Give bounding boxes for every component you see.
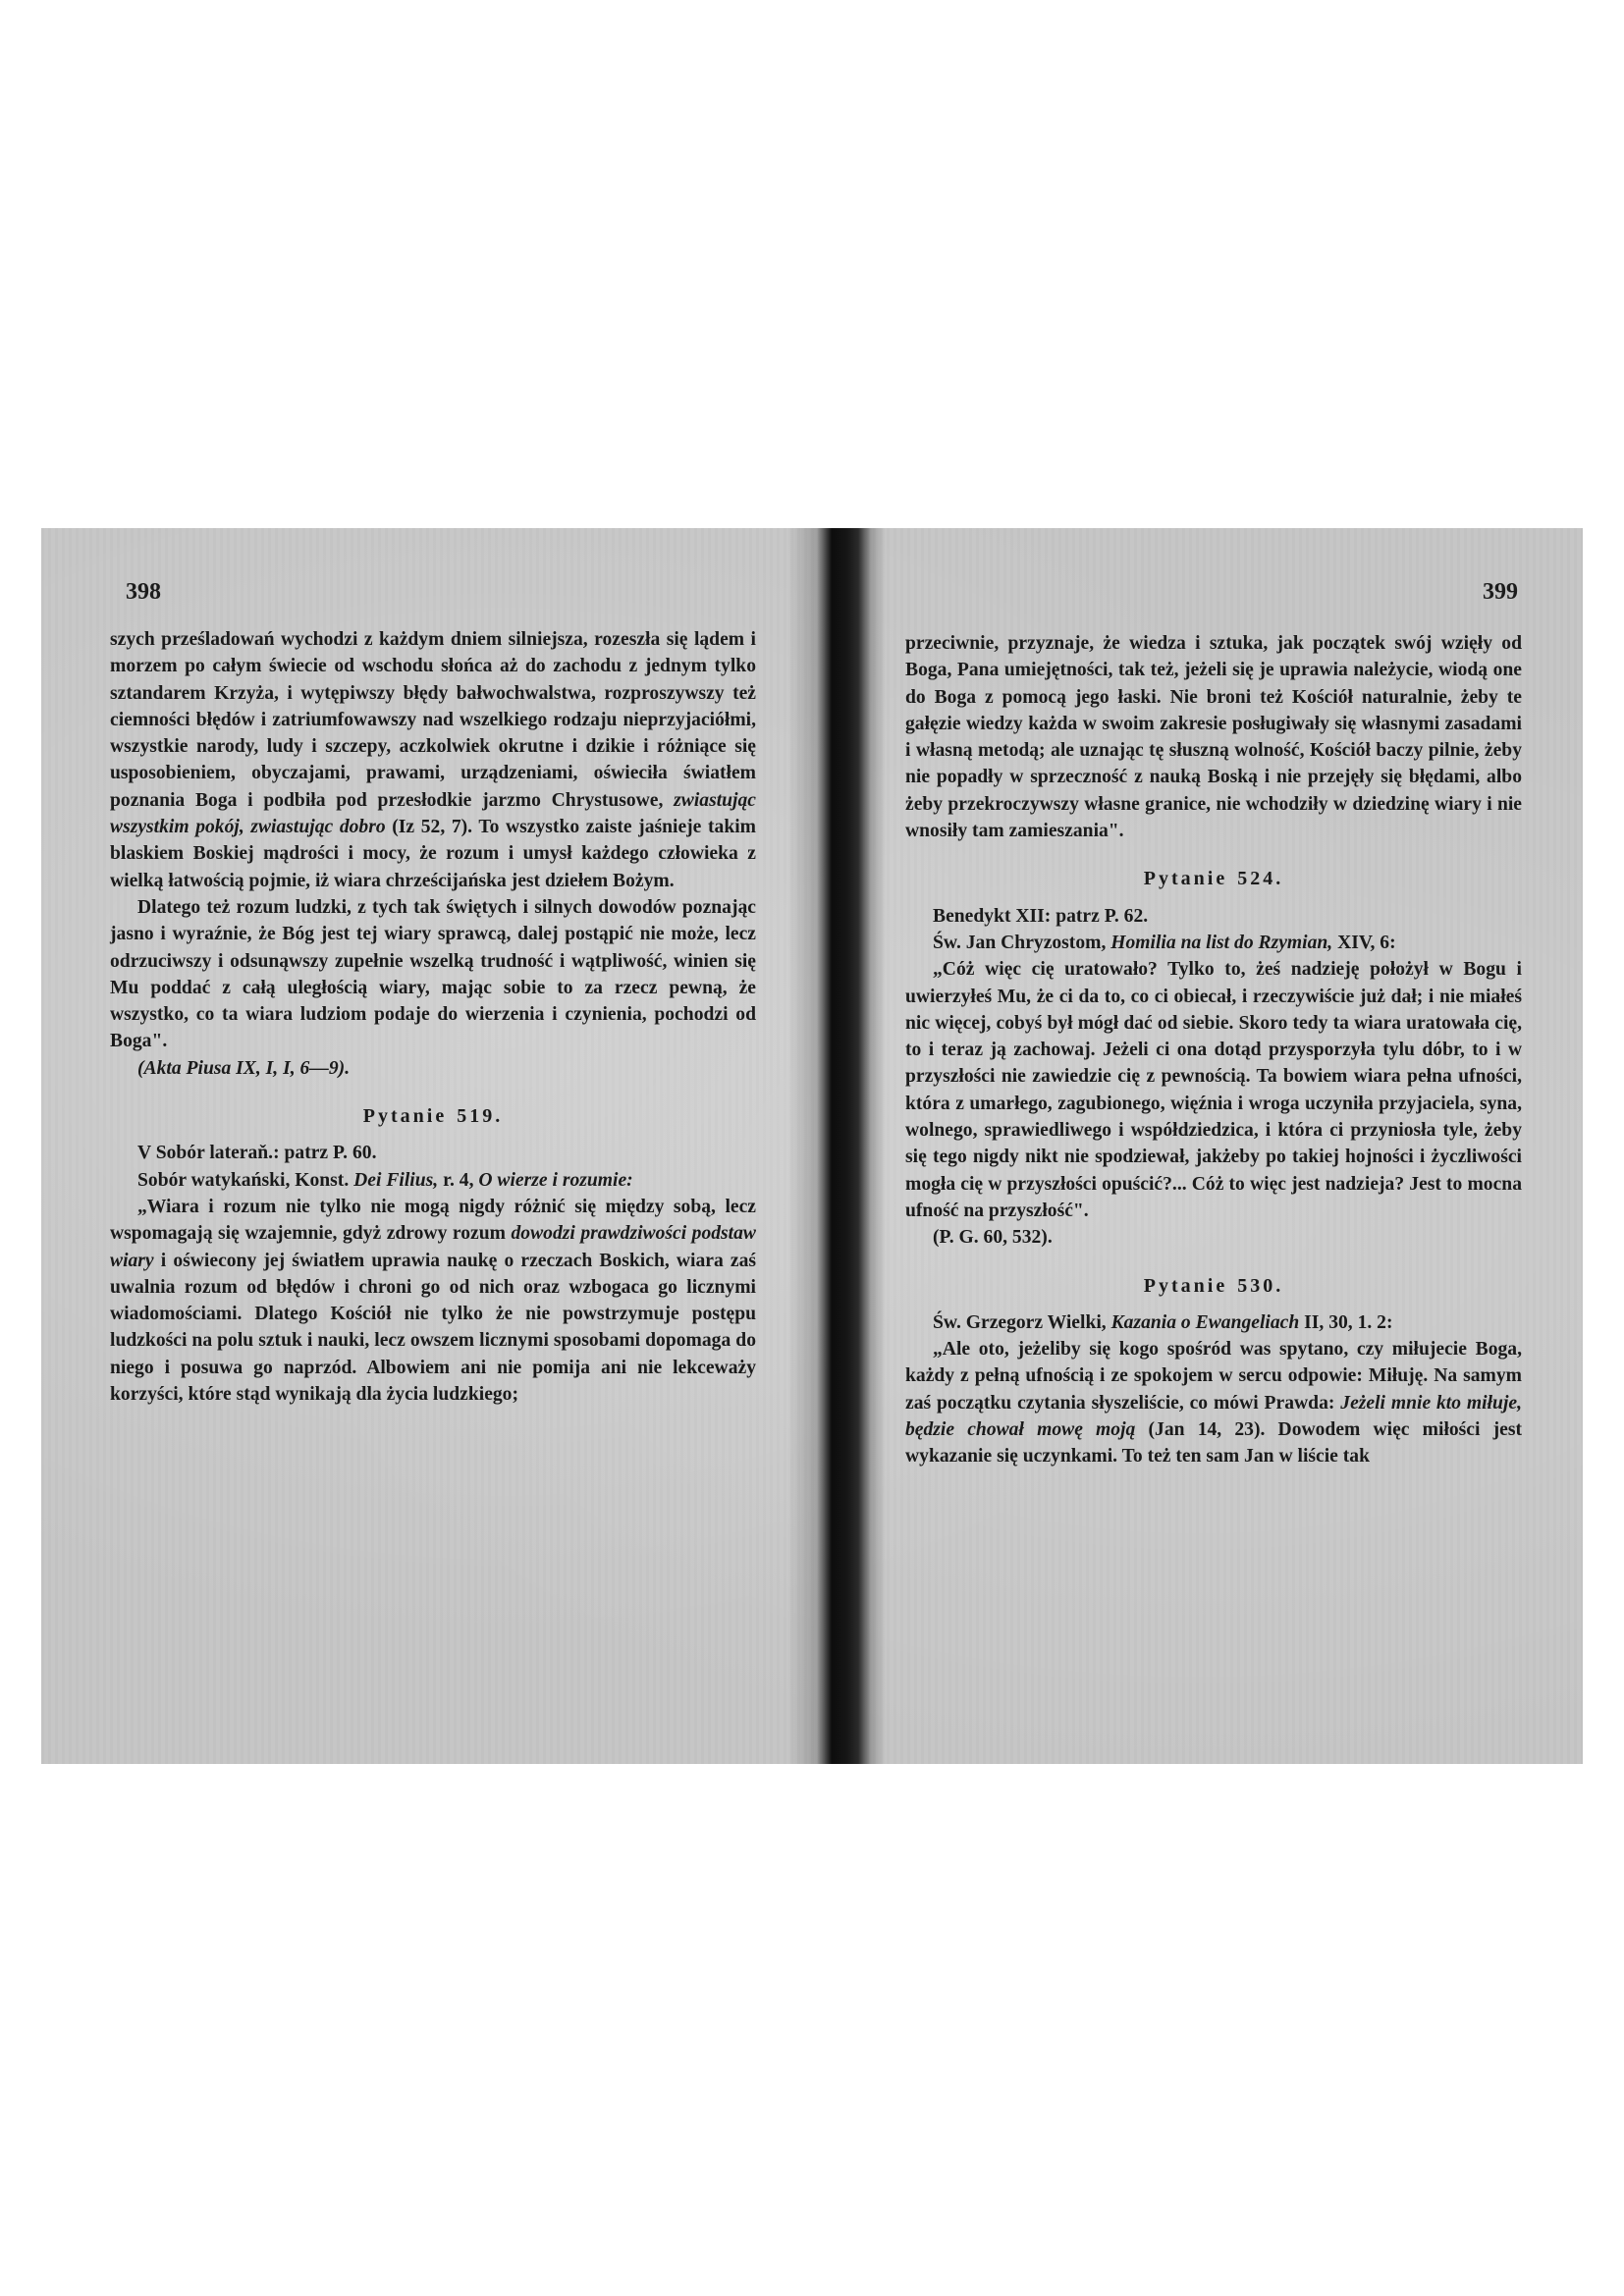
quotation: „Cóż więc cię uratowało? Tylko to, żeś n…	[905, 956, 1522, 1224]
right-page-body: przeciwnie, przyznaje, że wiedza i sztuk…	[905, 630, 1522, 1470]
quotation: „Ale oto, jeżeliby się kogo spośród was …	[905, 1336, 1522, 1469]
page-number: 399	[1483, 579, 1518, 606]
left-page: 398 szych prześladowań wychodzi z każdym…	[41, 528, 807, 1764]
citation: (P. G. 60, 532).	[905, 1224, 1522, 1251]
source-line: Św. Grzegorz Wielki, Kazania o Ewangelia…	[905, 1309, 1522, 1336]
section-heading: Pytanie 519.	[110, 1103, 756, 1130]
book-scan: 398 szych prześladowań wychodzi z każdym…	[41, 528, 1583, 1764]
page-number: 398	[126, 579, 161, 606]
paragraph: przeciwnie, przyznaje, że wiedza i sztuk…	[905, 630, 1522, 844]
reference: V Sobór lateraň.: patrz P. 60.	[110, 1140, 756, 1166]
paragraph: Dlatego też rozum ludzki, z tych tak świ…	[110, 894, 756, 1055]
left-page-body: szych prześladowań wychodzi z każdym dni…	[110, 626, 756, 1408]
quotation: „Wiara i rozum nie tylko nie mogą nigdy …	[110, 1194, 756, 1408]
source-line: Sobór watykański, Konst. Dei Filius, r. …	[110, 1167, 756, 1194]
source-line: Św. Jan Chryzostom, Homilia na list do R…	[905, 930, 1522, 956]
reference: Benedykt XII: patrz P. 62.	[905, 903, 1522, 930]
paragraph: szych prześladowań wychodzi z każdym dni…	[110, 626, 756, 894]
citation: (Akta Piusa IX, I, I, 6—9).	[110, 1055, 756, 1082]
right-page: 399 przeciwnie, przyznaje, że wiedza i s…	[866, 528, 1583, 1764]
section-heading: Pytanie 524.	[905, 866, 1522, 892]
section-heading: Pytanie 530.	[905, 1273, 1522, 1300]
